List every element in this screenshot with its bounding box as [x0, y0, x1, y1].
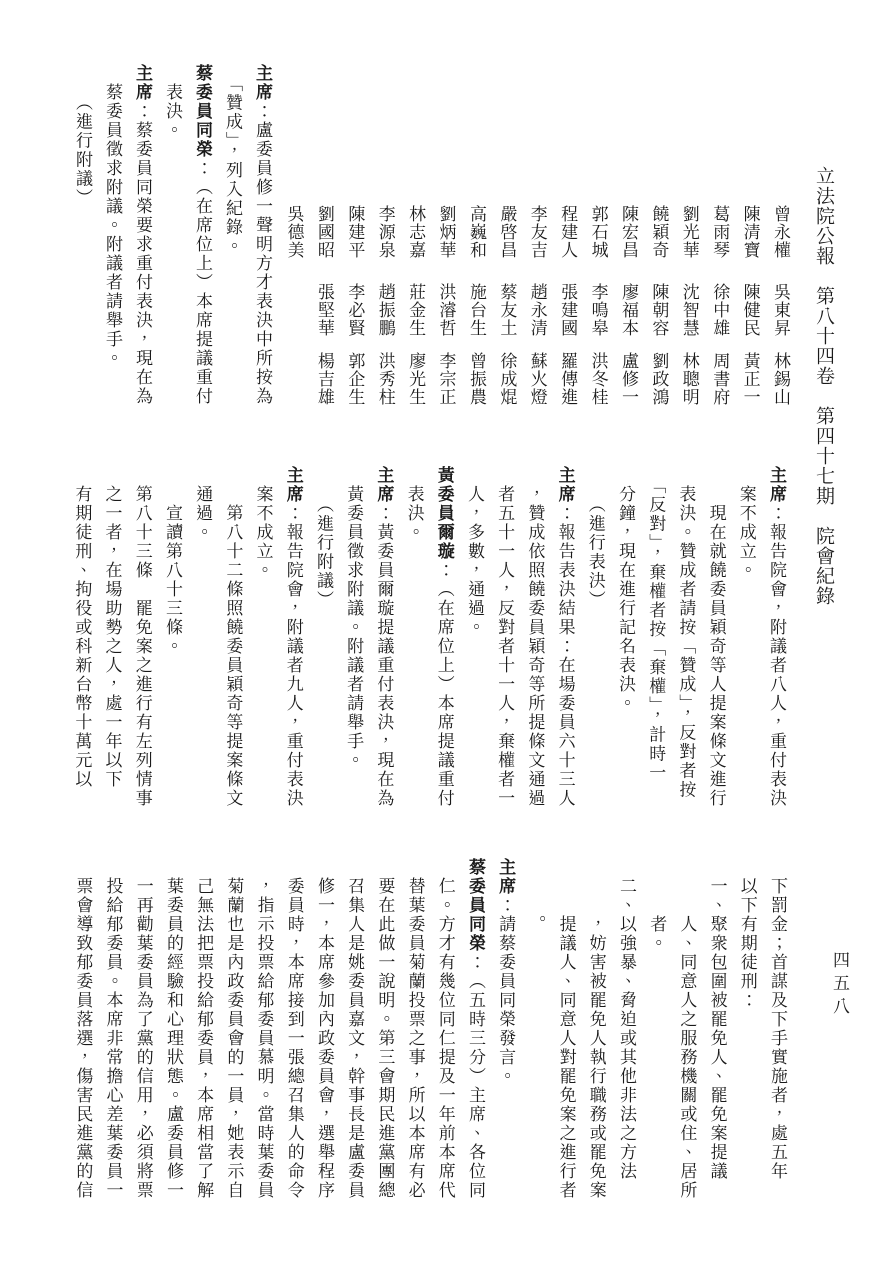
- text-column: 第八十三條 罷免案之進行有左列情事: [127, 466, 157, 808]
- text-column: 己無法把票投給郁委員，本席相當了解: [188, 858, 218, 1200]
- text-column: 菊蘭也是內政委員會的一員，她表示自: [218, 858, 248, 1200]
- attendee-name: 高巍和: [461, 205, 491, 259]
- running-head: 立法院公報 第八十四卷 第四十七期 院會紀錄: [806, 166, 840, 606]
- text-column: 「贊成」，列入紀錄。: [217, 64, 247, 406]
- attendee-name: 林錫山: [765, 352, 795, 406]
- speaker-name: 蔡委員同榮: [193, 64, 212, 159]
- attendee-name: 李必賢: [339, 283, 369, 337]
- text-column: 宣讀第八十三條。: [157, 466, 187, 808]
- attendee-name: 陳朝容: [643, 283, 673, 337]
- text-column: 替葉委員菊蘭投票之事，所以本席有必: [399, 858, 429, 1200]
- proceedings-block-middle: 主席：報告院會，附議者八人，重付表決 案不成立。 現在就饒委員穎奇等人提案條文進…: [66, 466, 791, 808]
- attendee-name: 陳清寶: [734, 205, 764, 259]
- attendee-name: 饒穎奇: [643, 205, 673, 259]
- attendee-name: 林聰明: [673, 352, 703, 406]
- text-column: 分鐘，現在進行記名表決。: [610, 466, 640, 808]
- text-column: 黃委員爾璇：（在席位上）本席提議重付: [429, 466, 459, 808]
- attendee-name: 廖福本: [613, 283, 643, 337]
- text-column: 要在此做一說明。第三會期民進黨團總: [369, 858, 399, 1200]
- page-number: 四五八: [826, 951, 852, 1020]
- text-column: ，妨害被罷免人執行職務或罷免案: [581, 858, 611, 1200]
- text-column: 主席：請蔡委員同榮發言。: [490, 858, 520, 1200]
- attendee-name: 徐成焜: [491, 352, 521, 406]
- attendee-name: 劉光華: [673, 205, 703, 259]
- attendee-name: 張建國: [552, 283, 582, 337]
- text-column: ，贊成依照饒委員穎奇等所提條文通過: [519, 466, 549, 808]
- text-column: 蔡委員徵求附議。附議者請舉手。: [97, 64, 127, 406]
- attendee-name: 陳建平: [339, 205, 369, 259]
- text-column: 召集人是姚委員嘉文，幹事長是盧委員: [339, 858, 369, 1200]
- text-column: （進行附議）: [67, 64, 97, 406]
- attendee-name: 周書府: [704, 352, 734, 406]
- text-column: 主席：報告表決結果：在場委員六十三人: [549, 466, 579, 808]
- text-column: 以下有期徒刑：: [732, 858, 762, 1200]
- attendee-name: 羅傳進: [552, 352, 582, 406]
- text-column: 主席：蔡委員同榮要求重付表決，現在為: [127, 64, 157, 406]
- speaker-name: 主席: [374, 466, 393, 504]
- attendee-name: 徐中雄: [704, 283, 734, 337]
- attendee-name: 洪濬哲: [430, 283, 460, 337]
- text-column: 蔡委員同榮：（在席位上）本席提議重付: [187, 64, 217, 406]
- attendee-name: 程建人: [552, 205, 582, 259]
- attendee-name: 李宗正: [430, 352, 460, 406]
- text-column: 表決。: [157, 64, 187, 406]
- speaker-name: 蔡委員同榮: [466, 858, 485, 953]
- attendee-name: 蘇火燈: [521, 352, 551, 406]
- speaker-name: 主席: [284, 466, 303, 504]
- text-column: 表決。: [398, 466, 428, 808]
- attendee-name: 趙振鵬: [369, 283, 399, 337]
- text-column: 下罰金；首謀及下手實施者，處五年: [762, 858, 792, 1200]
- attendee-names-row-1: 曾永權陳清寶葛雨琴劉光華饒穎奇陳宏昌郭石城程建人李友吉嚴啓昌高巍和劉炳華林志嘉李…: [278, 205, 795, 259]
- text-column: （進行表決）: [580, 466, 610, 808]
- attendee-name: 劉國昭: [309, 205, 339, 259]
- attendee-name: 楊吉雄: [309, 352, 339, 406]
- text-column: 之一者，在場助勢之人，處一年以下: [96, 466, 126, 808]
- attendee-name: 劉政鴻: [643, 352, 673, 406]
- attendee-name: 郭企生: [339, 352, 369, 406]
- text-column: 一、聚衆包圍被罷免人、罷免案提議: [701, 858, 731, 1200]
- text-column: （進行附議）: [308, 466, 338, 808]
- gazette-page: { "header": { "title": "立法院公報 第八十四卷 第四十七…: [0, 0, 893, 1280]
- attendee-name: 沈智慧: [673, 283, 703, 337]
- attendee-name: 郭石城: [582, 205, 612, 259]
- attendee-name: 劉炳華: [430, 205, 460, 259]
- attendee-names-row-2: 吳東昇陳健民徐中雄沈智慧陳朝容廖福本李鳴皋張建國趙永清蔡友土施台生洪濬哲莊金生趙…: [309, 283, 796, 337]
- text-column: 表決。贊成者請按「贊成」，反對者按: [670, 466, 700, 808]
- attendee-name: 施台生: [461, 283, 491, 337]
- attendee-name: 吳德美: [278, 205, 308, 259]
- text-column: 葉委員的經驗和心理狀態。盧委員修一: [158, 858, 188, 1200]
- text-column: 修一，本席參加內政委員會，選舉程序: [309, 858, 339, 1200]
- attendee-name: 嚴啓昌: [491, 205, 521, 259]
- attendee-name: 李鳴皋: [582, 283, 612, 337]
- text-column: 委員時，本席接到一張總召集人的命令: [279, 858, 309, 1200]
- text-column: 黃委員徵求附議。附議者請舉手。: [338, 466, 368, 808]
- attendee-name: 廖光生: [400, 352, 430, 406]
- text-column: 主席：盧委員修一聲明方才表決中所按為: [247, 64, 277, 406]
- text-column: 二、以強暴、脅迫或其他非法之方法: [611, 858, 641, 1200]
- attendee-name: 曾永權: [765, 205, 795, 259]
- text-column: 主席：報告院會，附議者八人，重付表決: [761, 466, 791, 808]
- attendee-name: 陳宏昌: [613, 205, 643, 259]
- attendee-name: 林志嘉: [400, 205, 430, 259]
- speaker-name: 主席: [556, 466, 575, 504]
- proceedings-block-bottom: 下罰金；首謀及下手實施者，處五年 以下有期徒刑： 一、聚衆包圍被罷免人、罷免案提…: [67, 858, 792, 1200]
- proceedings-block-top: 主席：盧委員修一聲明方才表決中所按為 「贊成」，列入紀錄。蔡委員同榮：（在席位上…: [67, 64, 277, 406]
- text-column: 蔡委員同榮：（五時三分）主席、各位同: [460, 858, 490, 1200]
- attendee-name: 葛雨琴: [704, 205, 734, 259]
- speaker-name: 主席: [496, 858, 515, 896]
- attendee-name: 張堅華: [309, 283, 339, 337]
- text-column: 現在就饒委員穎奇等人提案條文進行: [700, 466, 730, 808]
- text-column: 主席：報告院會，附議者九人，重付表決: [278, 466, 308, 808]
- text-column: 仁。方才有幾位同仁提及一年前本席代: [430, 858, 460, 1200]
- text-column: 有期徒刑、拘役或科新台幣十萬元以: [66, 466, 96, 808]
- attendee-name: 李友吉: [521, 205, 551, 259]
- text-column: 通過。: [187, 466, 217, 808]
- attendee-name: 蔡友土: [491, 283, 521, 337]
- text-column: 「反對」，棄權者按「棄權」，計時一: [640, 466, 670, 808]
- text-column: 人，多數，通過。: [459, 466, 489, 808]
- text-column: ，指示投票給郁委員慕明。當時葉委員: [248, 858, 278, 1200]
- text-column: 者。: [641, 858, 671, 1200]
- attendee-name: 曾振農: [461, 352, 491, 406]
- speaker-name: 黃委員爾璇: [435, 466, 454, 561]
- attendee-names-row-3: 林錫山黃正一周書府林聰明劉政鴻盧修一洪冬桂羅傳進蘇火燈徐成焜曾振農李宗正廖光生洪…: [309, 352, 796, 406]
- attendee-name: 趙永清: [521, 283, 551, 337]
- attendee-name: 莊金生: [400, 283, 430, 337]
- text-column: 人、同意人之服務機關或住、居所: [671, 858, 701, 1200]
- text-column: 提議人、同意人對罷免案之進行者: [550, 858, 580, 1200]
- text-column: 案不成立。: [731, 466, 761, 808]
- text-column: 票會導致郁委員落選，傷害民進黨的信: [67, 858, 97, 1200]
- attendee-name: 李源泉: [369, 205, 399, 259]
- text-column: 投給郁委員。本席非常擔心差葉委員一: [97, 858, 127, 1200]
- attendee-name: 吳東昇: [765, 283, 795, 337]
- attendee-name: 陳健民: [734, 283, 764, 337]
- text-column: 主席：黃委員爾璇提議重付表決，現在為: [368, 466, 398, 808]
- attendee-name: 洪冬桂: [582, 352, 612, 406]
- attendee-name: 洪秀柱: [369, 352, 399, 406]
- text-column: 一再勸葉委員為了黨的信用，必須將票: [128, 858, 158, 1200]
- text-column: 。: [520, 858, 550, 1200]
- attendee-name: 盧修一: [613, 352, 643, 406]
- text-column: 案不成立。: [247, 466, 277, 808]
- text-column: 第八十二條照饒委員穎奇等提案條文: [217, 466, 247, 808]
- speaker-name: 主席: [133, 64, 152, 102]
- speaker-name: 主席: [767, 466, 786, 504]
- text-column: 者五十一人，反對者十一人，棄權者一: [489, 466, 519, 808]
- attendee-name: 黃正一: [734, 352, 764, 406]
- speaker-name: 主席: [253, 64, 272, 102]
